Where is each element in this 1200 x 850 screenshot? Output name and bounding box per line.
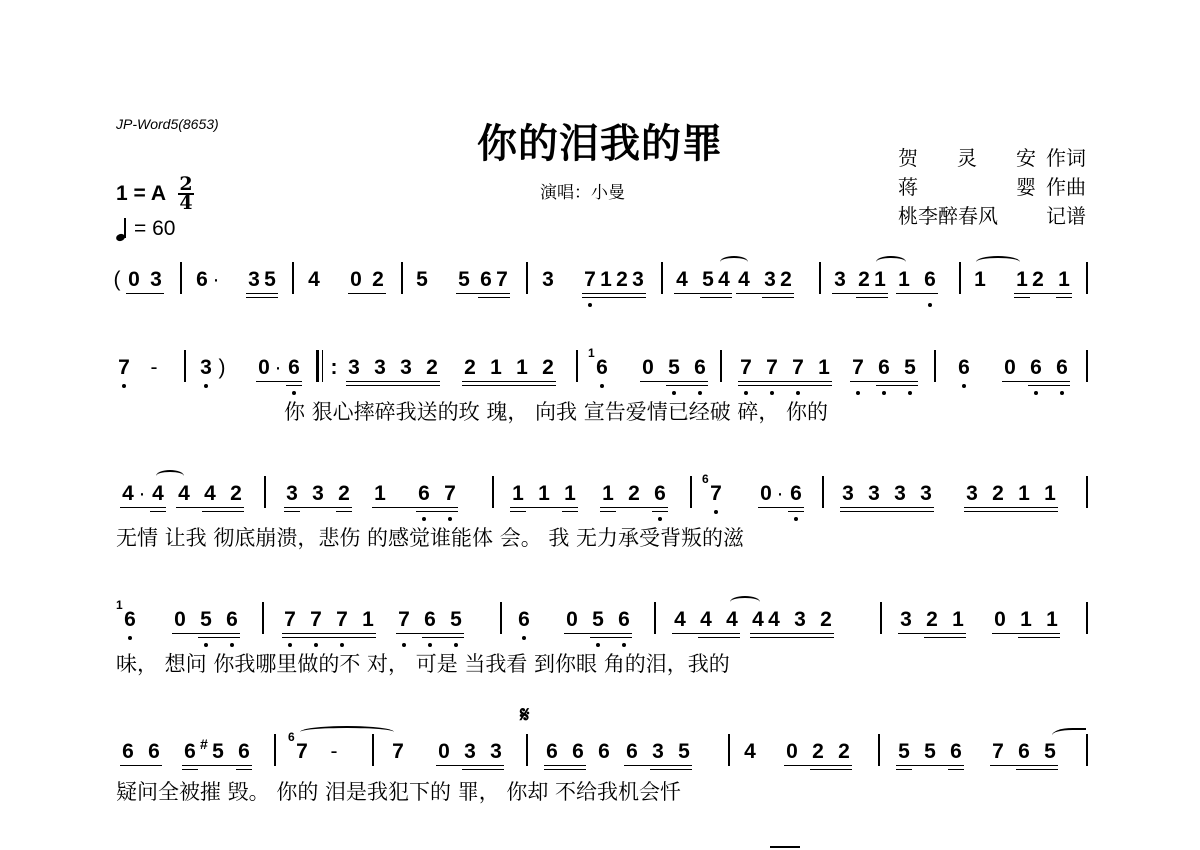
score-row-2: 7 - 3 ) 0·6 : 3332 2112 1 6 056 7771 765…: [116, 356, 1091, 396]
lyrics-line: 疑问全被摧 毁。 你的 泪是我犯下的 罪， 你却 不给我机会忏: [116, 776, 681, 806]
lyrics-line: 味， 想问 你我哪里做的不 对， 可是 当我看 到你眼 角的泪，我的: [116, 648, 730, 678]
score-row-5: 66 6#56 6 7 - 7 033 𝄋 666635 4 022 556 7…: [116, 740, 1091, 780]
cutoff-slur: [770, 846, 800, 848]
credits: 贺灵安 作词 蒋婴 作曲 桃李醉春风 记谱: [898, 144, 1086, 231]
lyrics-line: 无情 让我 彻底崩溃，悲伤 的感觉谁能体 会。 我 无力承受背叛的滋: [116, 522, 744, 552]
composer-credit: 蒋婴 作曲: [898, 173, 1086, 202]
score-row-4: 1 6 056 7771 765 6 056 444 4432 321 011 …: [116, 608, 1091, 648]
lyrics-line: 你 狠心摔碎我送的玫 瑰， 向我 宣告爱情已经破 碎， 你的: [284, 396, 828, 426]
score-row-1: ( 03 6· 35 4 02 5 567 3 7123 454 432 321…: [116, 268, 1091, 308]
score-row-3: 4·4 442 332 167 111 126 6 7 0·6 3333 321…: [116, 482, 1091, 522]
singer-label: 演唱：小曼: [540, 178, 625, 203]
tempo-marking: = 60: [116, 217, 175, 241]
lyricist-credit: 贺灵安 作词: [898, 144, 1086, 173]
key-signature: 1 = A 2 4: [116, 176, 194, 212]
quarter-note-icon: [116, 217, 130, 241]
transcriber-credit: 桃李醉春风 记谱: [898, 202, 1086, 231]
segno-icon: 𝄋: [520, 702, 529, 728]
time-signature: 2 4: [178, 176, 194, 212]
